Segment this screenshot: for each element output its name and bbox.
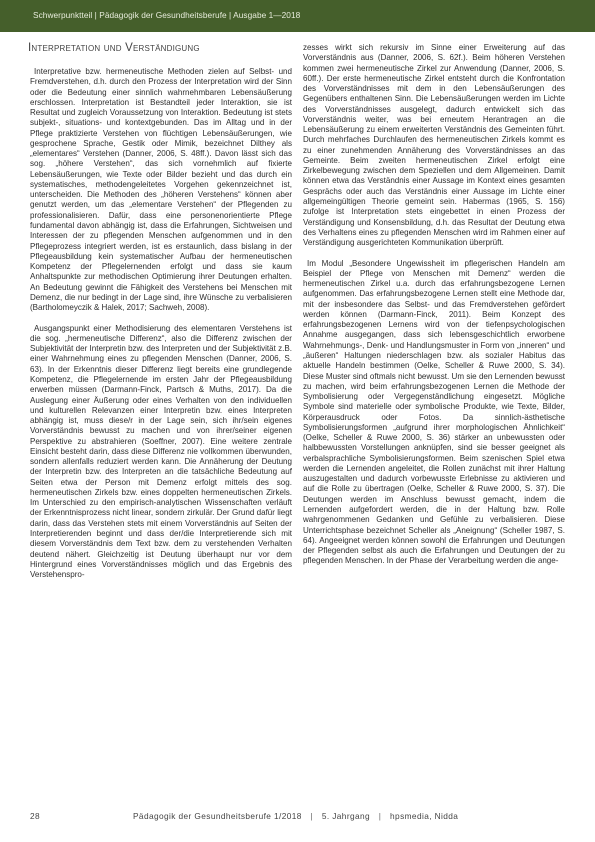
page-footer: 28 Pädagogik der Gesundheitsberufe 1/201… bbox=[0, 811, 595, 827]
footer-separator: | bbox=[311, 811, 314, 821]
paragraph: Im Modul „Besondere Ungewissheit im pfle… bbox=[303, 259, 565, 567]
footer-separator: | bbox=[379, 811, 382, 821]
footer-journal: Pädagogik der Gesundheitsberufe 1/2018 bbox=[133, 811, 302, 821]
right-text-column: zesses wirkt sich rekursiv im Sinne eine… bbox=[303, 43, 565, 567]
running-header-bar: Schwerpunktteil | Pädagogik der Gesundhe… bbox=[0, 0, 595, 32]
paragraph: Ausgangspunkt einer Methodisierung des e… bbox=[30, 324, 292, 581]
footer-publisher: hpsmedia, Nidda bbox=[390, 811, 458, 821]
page-number: 28 bbox=[30, 811, 40, 821]
left-text-column: Interpretative bzw. hermeneutische Metho… bbox=[30, 67, 292, 580]
running-header-title: Schwerpunktteil | Pädagogik der Gesundhe… bbox=[33, 10, 300, 20]
footer-publication-info: Pädagogik der Gesundheitsberufe 1/2018 |… bbox=[133, 811, 458, 821]
section-heading: Interpretation und Verständigung bbox=[28, 42, 288, 54]
footer-volume: 5. Jahrgang bbox=[322, 811, 370, 821]
paragraph-continued: zesses wirkt sich rekursiv im Sinne eine… bbox=[303, 43, 565, 248]
paragraph: Interpretative bzw. hermeneutische Metho… bbox=[30, 67, 292, 313]
